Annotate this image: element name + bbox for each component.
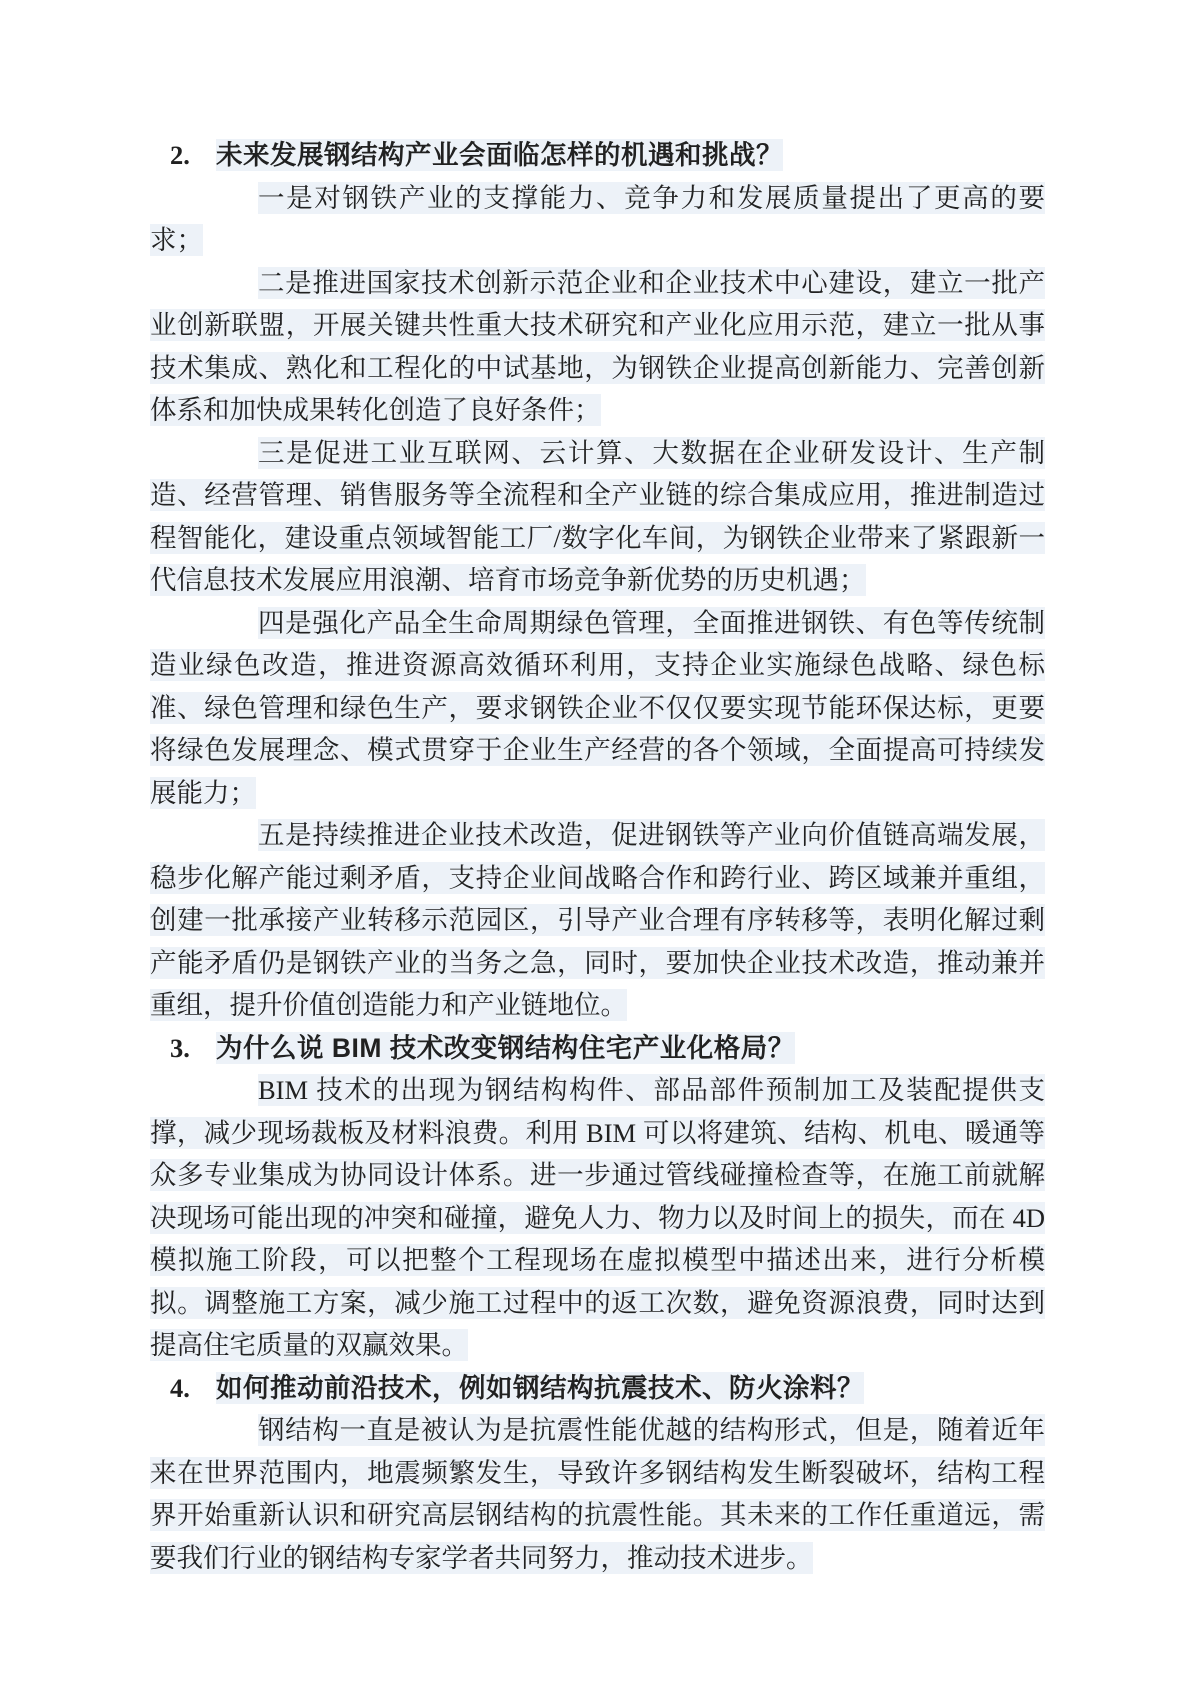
list-number-3: 3. xyxy=(170,1027,190,1070)
highlighted-text: 五是持续推进企业技术改造，促进钢铁等产业向价值链高端发展，稳步化解产能过剩矛盾，… xyxy=(150,819,1045,1021)
highlighted-text: 三是促进工业互联网、云计算、大数据在企业研发设计、生产制造、经营管理、销售服务等… xyxy=(150,437,1045,597)
list-number-2: 2. xyxy=(170,134,190,177)
question-heading-4: 4.如何推动前沿技术，例如钢结构抗震技术、防火涂料？ xyxy=(150,1367,1045,1410)
qa-item-2: 2.未来发展钢结构产业会面临怎样的机遇和挑战？ 一是对钢铁产业的支撑能力、竞争力… xyxy=(150,134,1045,1027)
document-page: 2.未来发展钢结构产业会面临怎样的机遇和挑战？ 一是对钢铁产业的支撑能力、竞争力… xyxy=(0,0,1191,1684)
document-content: 2.未来发展钢结构产业会面临怎样的机遇和挑战？ 一是对钢铁产业的支撑能力、竞争力… xyxy=(150,134,1045,1579)
highlighted-text: 四是强化产品全生命周期绿色管理，全面推进钢铁、有色等传统制造业绿色改造，推进资源… xyxy=(150,607,1045,809)
qa-item-3: 3.为什么说 BIM 技术改变钢结构住宅产业化格局？ BIM 技术的出现为钢结构… xyxy=(150,1027,1045,1367)
highlighted-text: BIM 技术的出现为钢结构构件、部品部件预制加工及装配提供支撑，减少现场裁板及材… xyxy=(150,1074,1045,1361)
question-title-2: 未来发展钢结构产业会面临怎样的机遇和挑战？ xyxy=(216,139,783,171)
question-heading-2: 2.未来发展钢结构产业会面临怎样的机遇和挑战？ xyxy=(150,134,1045,177)
question-heading-3: 3.为什么说 BIM 技术改变钢结构住宅产业化格局？ xyxy=(150,1027,1045,1070)
question-title-3: 为什么说 BIM 技术改变钢结构住宅产业化格局？ xyxy=(216,1032,795,1064)
highlighted-text: 一是对钢铁产业的支撑能力、竞争力和发展质量提出了更高的要求； xyxy=(150,182,1045,257)
answer-paragraph: 二是推进国家技术创新示范企业和企业技术中心建设，建立一批产业创新联盟，开展关键共… xyxy=(150,262,1045,432)
answer-paragraph: 一是对钢铁产业的支撑能力、竞争力和发展质量提出了更高的要求； xyxy=(150,177,1045,262)
answer-paragraph: 三是促进工业互联网、云计算、大数据在企业研发设计、生产制造、经营管理、销售服务等… xyxy=(150,432,1045,602)
highlighted-text: 钢结构一直是被认为是抗震性能优越的结构形式，但是，随着近年来在世界范围内，地震频… xyxy=(150,1414,1045,1574)
answer-paragraph: 钢结构一直是被认为是抗震性能优越的结构形式，但是，随着近年来在世界范围内，地震频… xyxy=(150,1409,1045,1579)
answer-paragraph: 四是强化产品全生命周期绿色管理，全面推进钢铁、有色等传统制造业绿色改造，推进资源… xyxy=(150,602,1045,815)
answer-paragraph: 五是持续推进企业技术改造，促进钢铁等产业向价值链高端发展，稳步化解产能过剩矛盾，… xyxy=(150,814,1045,1027)
answer-paragraph: BIM 技术的出现为钢结构构件、部品部件预制加工及装配提供支撑，减少现场裁板及材… xyxy=(150,1069,1045,1367)
list-number-4: 4. xyxy=(170,1367,190,1410)
qa-item-4: 4.如何推动前沿技术，例如钢结构抗震技术、防火涂料？ 钢结构一直是被认为是抗震性… xyxy=(150,1367,1045,1580)
highlighted-text: 二是推进国家技术创新示范企业和企业技术中心建设，建立一批产业创新联盟，开展关键共… xyxy=(150,267,1045,427)
question-title-4: 如何推动前沿技术，例如钢结构抗震技术、防火涂料？ xyxy=(216,1372,864,1404)
